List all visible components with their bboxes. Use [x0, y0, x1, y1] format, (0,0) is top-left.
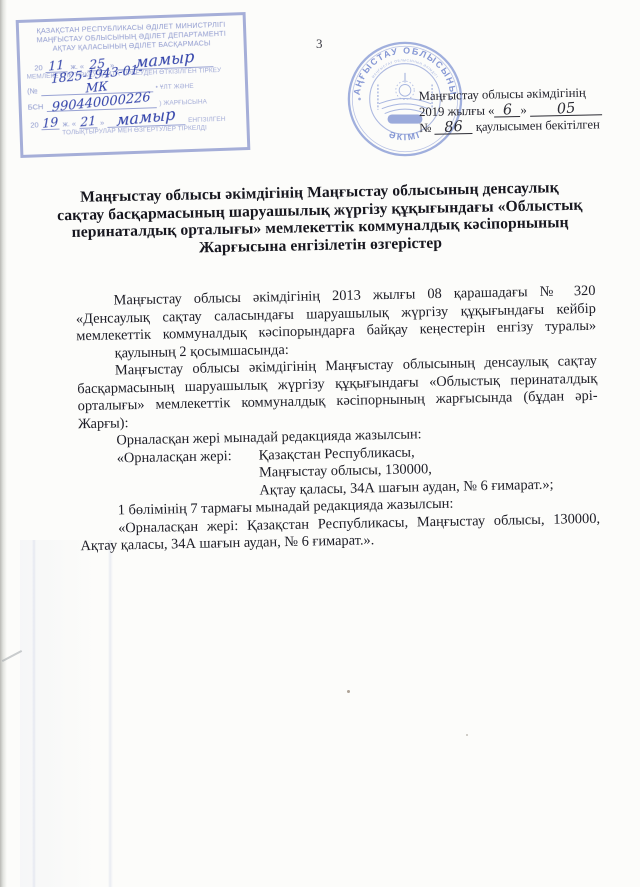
scan-speck — [347, 690, 350, 693]
document-body: Маңғыстау облысы әкімдігінің 2013 жылғы … — [75, 283, 600, 556]
scanned-document-page: 3 ҚАЗАҚСТАН РЕСПУБЛИКАСЫ ӘДІЛЕТ МИНИСТРЛ… — [0, 0, 640, 887]
scan-speck — [466, 734, 468, 736]
handwritten-resolution-number: 86 — [444, 120, 463, 136]
handwritten-year: 19 — [43, 116, 59, 130]
address-label: «Орналасқан жері: — [117, 447, 259, 467]
address-value: Қазақстан Республикасы, — [259, 444, 415, 463]
seal-ring-text-bottom: ӘКІМІ — [388, 129, 422, 142]
stamp-date2-mid: ж. « — [62, 118, 76, 129]
approval-line2-close: » — [520, 103, 527, 117]
scan-fold-streaks — [20, 540, 150, 887]
scan-edge-shadow — [0, 0, 7, 887]
document-title: Маңғыстау облысы әкімдігінің Маңғыстау о… — [39, 178, 600, 260]
approval-block: Маңғыстау облысы әкімдігінің 2019 жылғы … — [419, 86, 620, 135]
stamp-number-prefix: (№ — [27, 85, 38, 96]
stamp-date-prefix: 20 — [34, 62, 43, 73]
stamp-number-suffix: • ҰЛТ ЖӘНЕ — [156, 83, 194, 92]
handwritten-day: 21 — [80, 114, 96, 128]
handwritten-month-number: 05 — [556, 101, 575, 117]
stamp-date2-prefix: 20 — [30, 119, 39, 130]
approval-line1: Маңғыстау облысы әкімдігінің — [419, 86, 619, 103]
svg-text:ӘКІМІ: ӘКІМІ — [388, 129, 422, 142]
approval-line3-suffix: қаулысымен бекітілген — [476, 117, 600, 134]
page-number: 3 — [316, 36, 323, 52]
approval-line2-prefix: 2019 жылғы « — [419, 104, 495, 120]
stamp-date2-close: » — [100, 117, 105, 128]
approval-line3-prefix: № — [419, 121, 431, 135]
stamp-bin-label: БСН — [28, 101, 44, 113]
seal-banner — [388, 114, 423, 123]
handwritten-day: 6 — [502, 103, 512, 118]
justice-registration-stamp: ҚАЗАҚСТАН РЕСПУБЛИКАСЫ ӘДІЛЕТ МИНИСТРЛІГ… — [16, 12, 251, 158]
